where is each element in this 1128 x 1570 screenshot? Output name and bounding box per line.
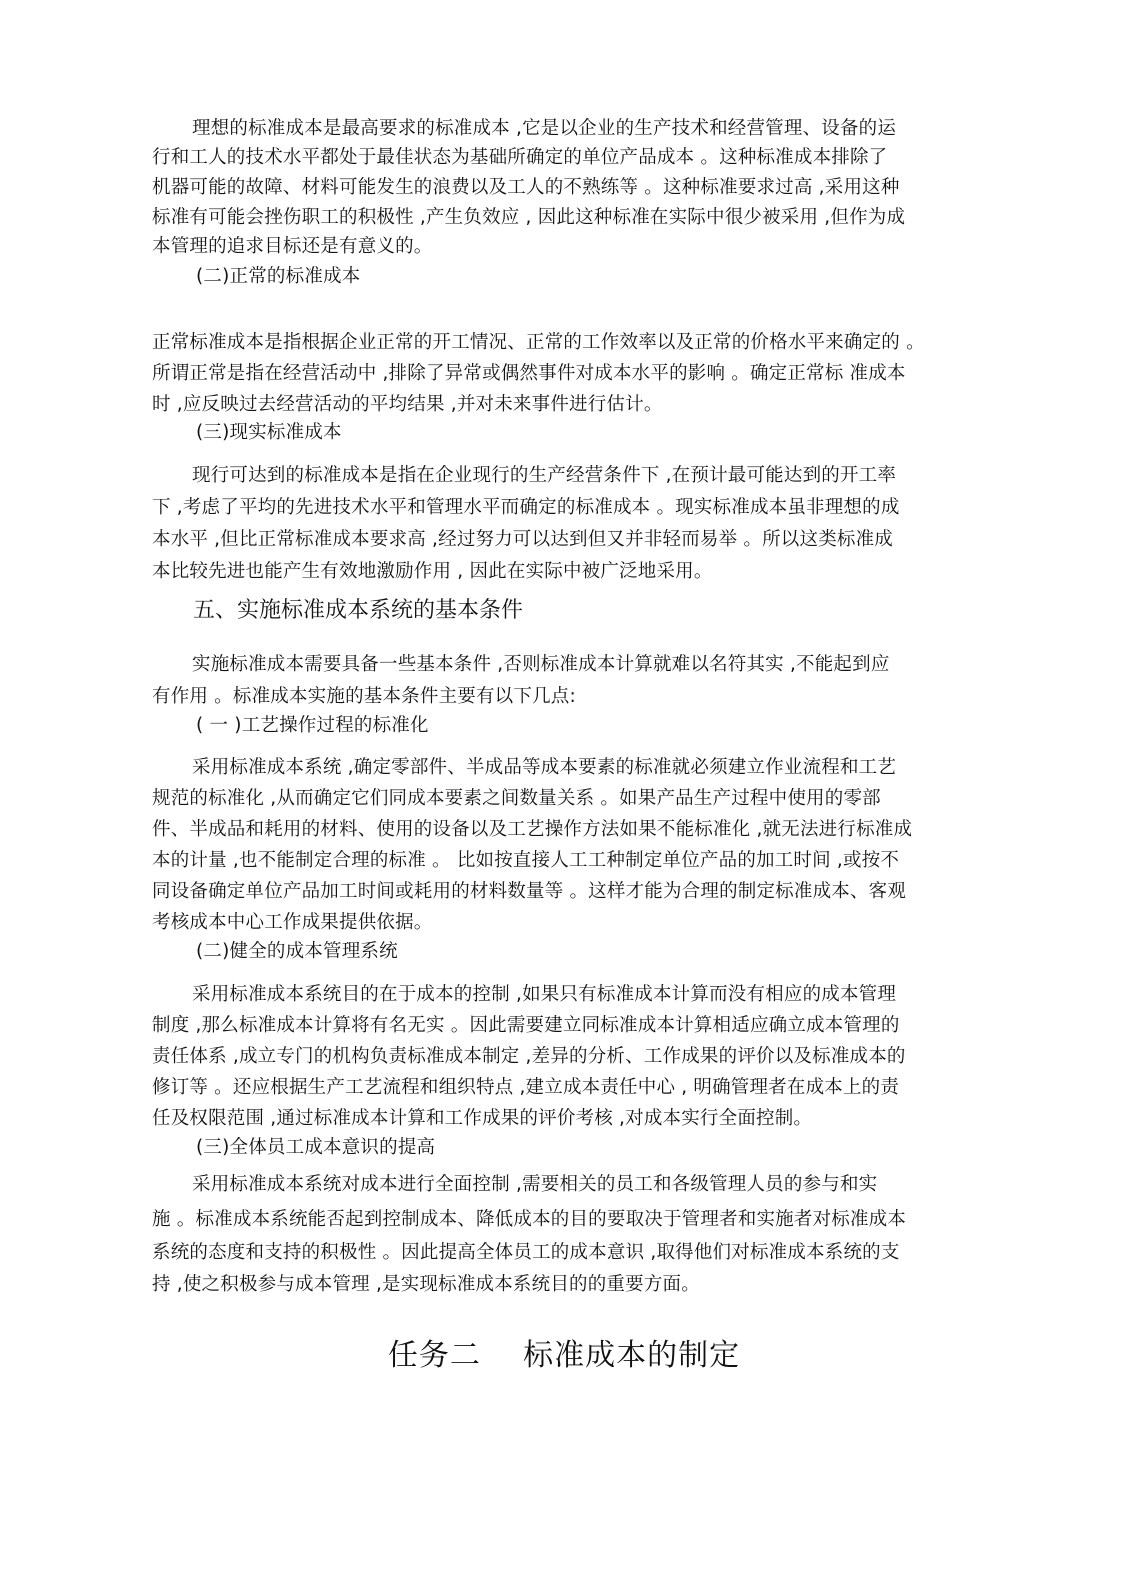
subheading-process-standardization: ( 一 )工艺操作过程的标准化 [196,713,1026,739]
paragraph-realistic-standard-cost-line: 本水平 ,但比正常标准成本要求高 ,经过努力可以达到但又并非轻而易举 。所以这类… [152,527,982,553]
subheading-employee-cost-awareness: (三)全体员工成本意识的提高 [196,1135,1026,1161]
paragraph-realistic-standard-cost-line: 现行可达到的标准成本是指在企业现行的生产经营条件下 ,在预计最可能达到的开工率 [192,463,982,489]
paragraph-normal-standard-cost-line: 所谓正常是指在经营活动中 ,排除了异常或偶然事件对成本水平的影响 。确定正常标 … [152,361,982,387]
paragraph-process-standardization-line: 件、半成品和耗用的材料、使用的设备以及工艺操作方法如果不能标准化 ,就无法进行标… [152,817,982,843]
paragraph-ideal-standard-cost-line: 本管理的追求目标还是有意义的。 [152,234,982,260]
paragraph-employee-cost-awareness-line: 系统的态度和支持的积极性 。因此提高全体员工的成本意识 ,取得他们对标准成本系统… [152,1240,982,1266]
paragraph-cost-management-system-line: 采用标准成本系统目的在于成本的控制 ,如果只有标准成本计算而没有相应的成本管理 [192,982,982,1008]
paragraph-cost-management-system-line: 修订等 。还应根据生产工艺流程和组织特点 ,建立成本责任中心 , 明确管理者在成… [152,1075,982,1101]
paragraph-realistic-standard-cost-line: 下 ,考虑了平均的先进技术水平和管理水平而确定的标准成本 。现实标准成本虽非理想… [152,495,982,521]
task-heading: 任务二 标准成本的制定 [0,1336,1128,1376]
paragraph-employee-cost-awareness-line: 施 。标准成本系统能否起到控制成本、降低成本的目的要取决于管理者和实施者对标准成… [152,1207,982,1233]
paragraph-employee-cost-awareness-line: 采用标准成本系统对成本进行全面控制 ,需要相关的员工和各级管理人员的参与和实 [192,1172,982,1198]
paragraph-basic-conditions-line: 有作用 。标准成本实施的基本条件主要有以下几点: [152,684,982,710]
subheading-normal-standard-cost: (二)正常的标准成本 [196,264,1026,290]
paragraph-cost-management-system-line: 制度 ,那么标准成本计算将有名无实 。因此需要建立同标准成本计算相适应确立成本管… [152,1013,982,1039]
paragraph-process-standardization-line: 同设备确定单位产品加工时间或耗用的材料数量等 。这样才能为合理的制定标准成本、客… [152,879,982,905]
paragraph-process-standardization-line: 规范的标准化 ,从而确定它们同成本要素之间数量关系 。如果产品生产过程中使用的零… [152,786,982,812]
paragraph-process-standardization-line: 采用标准成本系统 ,确定零部件、半成品等成本要素的标准就必须建立作业流程和工艺 [192,755,982,781]
paragraph-ideal-standard-cost-line: 标准有可能会挫伤职工的积极性 ,产生负效应 , 因此这种标准在实际中很少被采用 … [152,205,982,231]
subheading-cost-management-system: (二)健全的成本管理系统 [196,939,1026,965]
paragraph-realistic-standard-cost-line: 本比较先进也能产生有效地激励作用 , 因此在实际中被广泛地采用。 [152,559,982,585]
document-page: 理想的标准成本是最高要求的标准成本 ,它是以企业的生产技术和经营管理、设备的运 … [0,0,1128,1570]
paragraph-ideal-standard-cost-line: 理想的标准成本是最高要求的标准成本 ,它是以企业的生产技术和经营管理、设备的运 [192,116,982,142]
section-heading-basic-conditions: 五、实施标准成本系统的基本条件 [193,596,523,626]
paragraph-ideal-standard-cost-line: 行和工人的技术水平都处于最佳状态为基础所确定的单位产品成本 。这种标准成本排除了 [152,145,982,171]
paragraph-basic-conditions-line: 实施标准成本需要具备一些基本条件 ,否则标准成本计算就难以名符其实 ,不能起到应 [192,652,982,678]
paragraph-employee-cost-awareness-line: 持 ,使之积极参与成本管理 ,是实现标准成本系统目的的重要方面。 [152,1272,982,1298]
paragraph-process-standardization-line: 本的计量 ,也不能制定合理的标准 。 比如按直接人工工种制定单位产品的加工时间 … [152,848,982,874]
subheading-realistic-standard-cost: (三)现实标准成本 [196,420,1026,446]
paragraph-normal-standard-cost-line: 正常标准成本是指根据企业正常的开工情况、正常的工作效率以及正常的价格水平来确定的… [152,330,982,356]
paragraph-cost-management-system-line: 任及权限范围 ,通过标准成本计算和工作成果的评价考核 ,对成本实行全面控制。 [152,1106,982,1132]
paragraph-cost-management-system-line: 责任体系 ,成立专门的机构负责标准成本制定 ,差异的分析、工作成果的评价以及标准… [152,1044,982,1070]
paragraph-normal-standard-cost-line: 时 ,应反映过去经营活动的平均结果 ,并对未来事件进行估计。 [152,392,982,418]
paragraph-ideal-standard-cost-line: 机器可能的故障、材料可能发生的浪费以及工人的不熟练等 。这种标准要求过高 ,采用… [152,175,982,201]
paragraph-process-standardization-line: 考核成本中心工作成果提供依据。 [152,910,982,936]
